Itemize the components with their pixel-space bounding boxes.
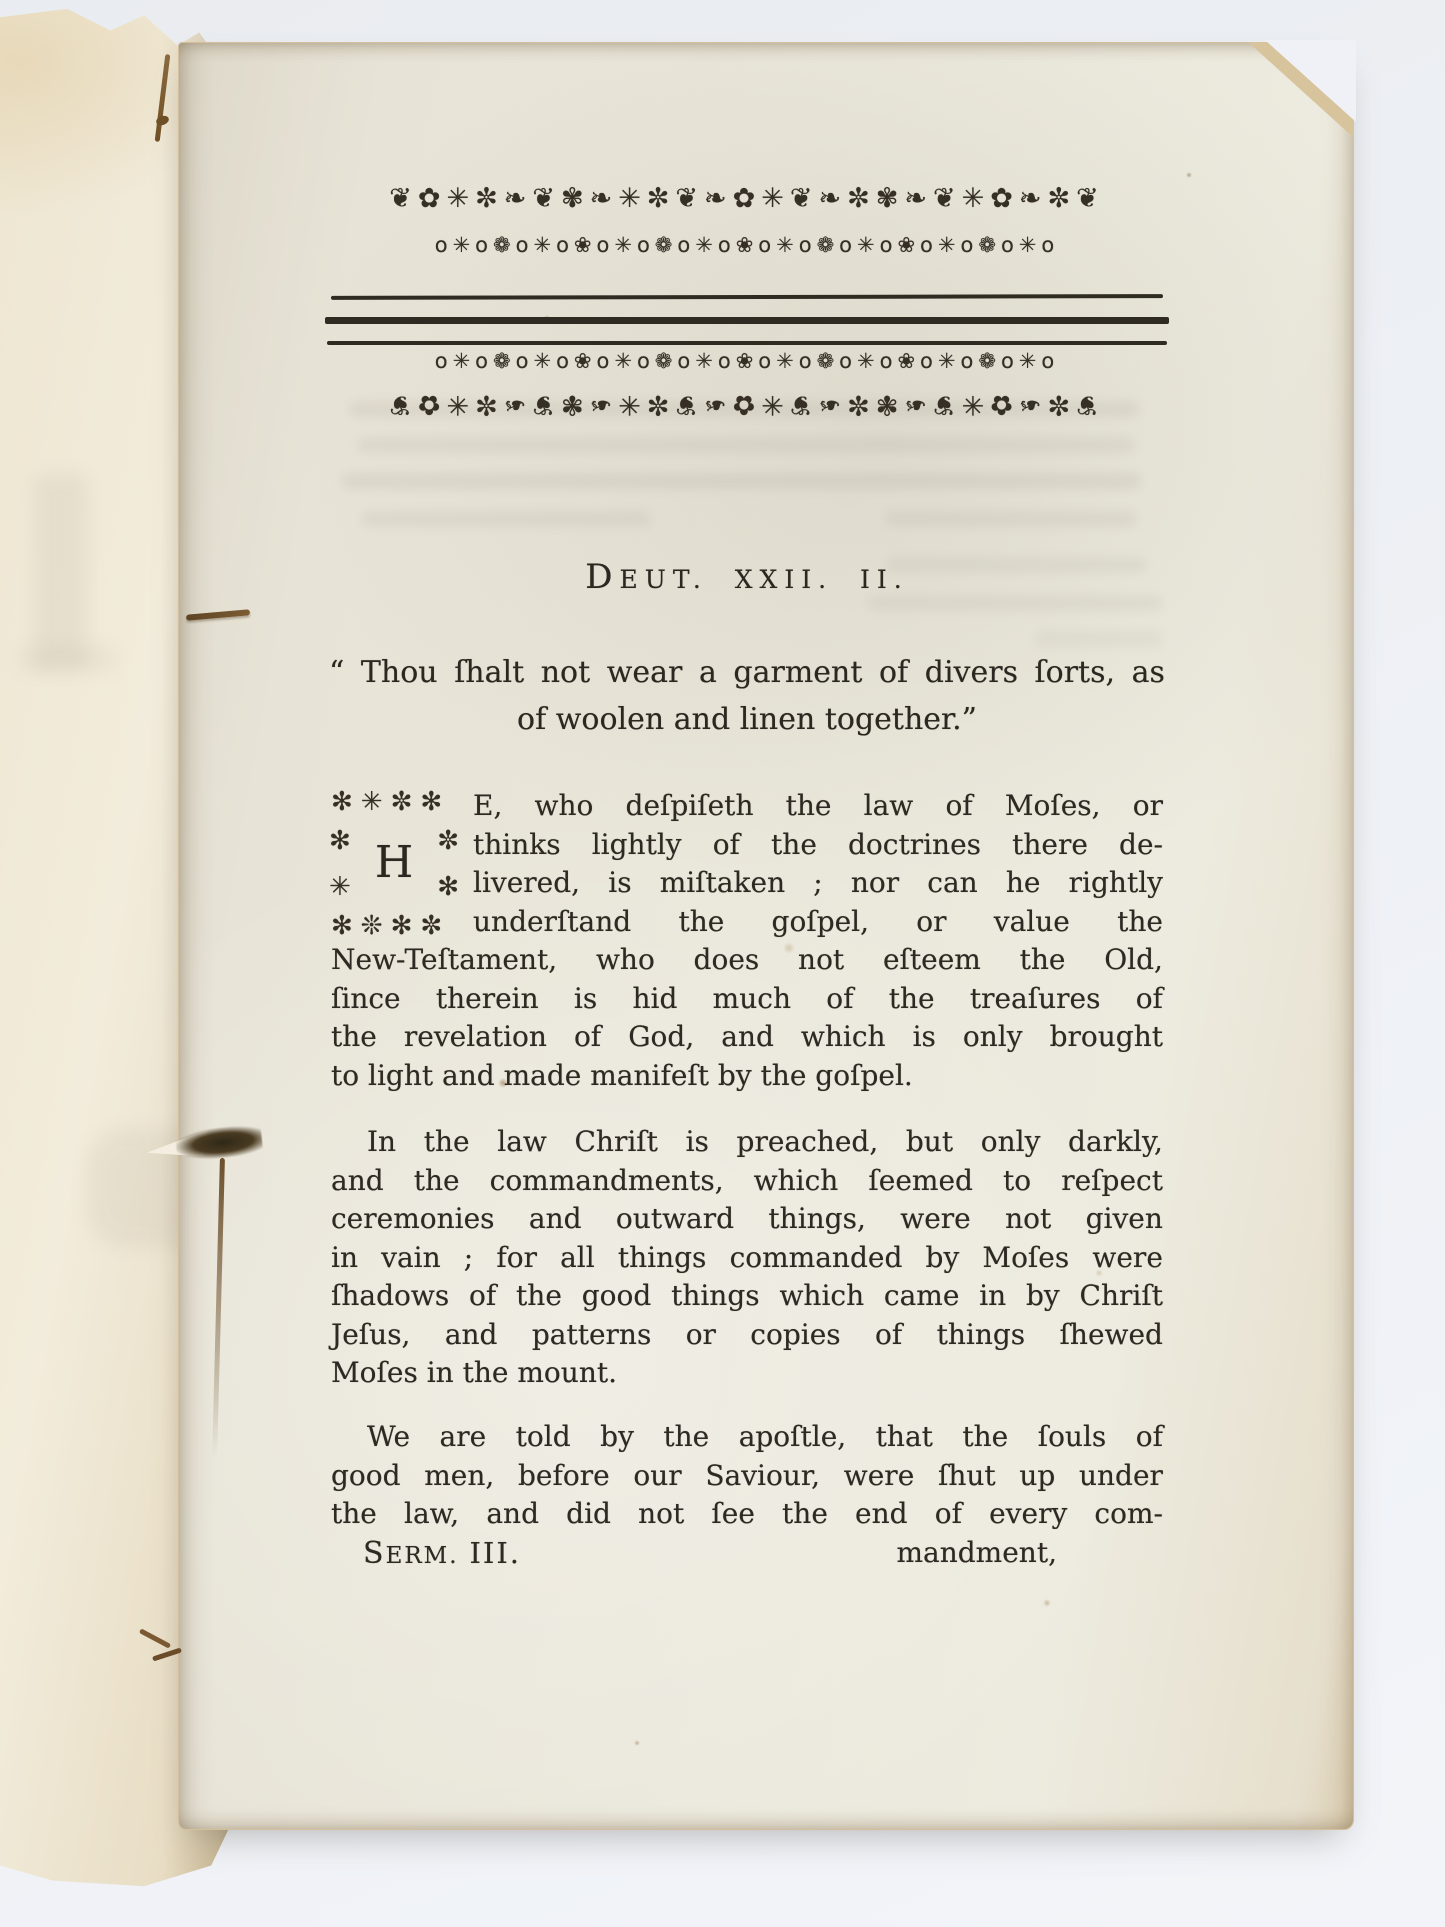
book-page: ❦✿✳✼❧❦✾❧✳✼❦❧✿✳❦❧✼✾❧❦✳✿❧✼❦ o✳o❁o✳o❀o✳o❁o✳…: [178, 42, 1354, 1830]
headpiece-fleuron-row-icon: ❦✿✳✼❧❦✾❧✳✼❦❧✿✳❦❧✼✾❧❦✳✿❧✼❦: [329, 185, 1165, 212]
text-line: Jeſus,andpatternsorcopiesofthingsſhewed: [331, 1318, 1163, 1357]
text-line: New-Teſtament,whodoesnoteſteemtheOld,: [331, 943, 1163, 982]
show-through-smudge: [34, 474, 88, 670]
epigraph-quote: “Thouſhaltnotwearagarmentofdiversſorts,a…: [329, 653, 1165, 747]
signature-mark: SERM. III.: [363, 1536, 521, 1573]
paragraph: Wearetoldbytheapoſtle,thattheſoulsofgood…: [331, 1420, 1163, 1536]
text-line: “Thouſhaltnotwearagarmentofdiversſorts,a…: [329, 653, 1165, 700]
text-line: ceremoniesandoutwardthings,werenotgiven: [331, 1202, 1163, 1241]
show-through-smudge: [20, 646, 116, 672]
text-line: underſtandthegoſpel,orvaluethe: [473, 905, 1163, 944]
text-line: Wearetoldbytheapoſtle,thattheſoulsof: [331, 1420, 1163, 1459]
text-line: livered,ismiſtaken;norcanherightly: [473, 866, 1163, 905]
text-line: andthecommandments,whichſeemedtoreſpect: [331, 1164, 1163, 1203]
text-line: InthelawChriſtispreached,butonlydarkly,: [331, 1125, 1163, 1164]
text-line: E,whodeſpiſeththelawofMoſes,or: [473, 789, 1163, 828]
heading-rest: EUT. XXII. II.: [620, 565, 909, 594]
signature-initial: S: [363, 1536, 386, 1571]
printed-text-block: ❦✿✳✼❧❦✾❧✳✼❦❧✿✳❦❧✼✾❧❦✳✿❧✼❦ o✳o❁o✳o❀o✳o❁o✳…: [179, 43, 1353, 1829]
headpiece-circlet-row-icon: o✳o❁o✳o❀o✳o❁o✳o❀o✳o❁o✳o❀o✳o❁o✳o: [329, 351, 1165, 372]
headpiece-rule: [327, 341, 1167, 345]
text-line: to light and made manifeſt by the goſpel…: [331, 1059, 1163, 1098]
text-line: thelaw,anddidnotſeetheendofeverycom-: [331, 1497, 1163, 1536]
photo-background: ❦✿✳✼❧❦✾❧✳✼❦❧✿✳❦❧✼✾❧❦✳✿❧✼❦ o✳o❁o✳o❀o✳o❁o✳…: [0, 0, 1445, 1927]
text-line: ſhadowsofthegoodthingswhichcameinbyChriſ…: [331, 1279, 1163, 1318]
headpiece-rule: [331, 294, 1163, 300]
signature-catchword-line: SERM. III. mandment,: [331, 1536, 1163, 1573]
text-line: invain;forallthingscommandedbyMoſeswere: [331, 1241, 1163, 1280]
text-line: Moſes in the mount.: [331, 1356, 1163, 1395]
headpiece-fleuron-row-icon: ❦✿✳✼❧❦✾❧✳✼❦❧✿✳❦❧✼✾❧❦✳✿❧✼❦: [329, 391, 1165, 418]
signature-rest: ERM.: [386, 1543, 459, 1569]
heading-initial: D: [585, 557, 619, 597]
headpiece-rule: [325, 317, 1169, 324]
text-line: thinkslightlyofthedoctrinestherede-: [473, 828, 1163, 867]
text-line: of woolen and linen together.”: [329, 700, 1165, 747]
paragraph: E,whodeſpiſeththelawofMoſes,orthinksligh…: [331, 789, 1163, 1097]
headpiece-circlet-row-icon: o✳o❁o✳o❀o✳o❁o✳o❀o✳o❁o✳o❀o✳o❁o✳o: [329, 235, 1165, 256]
signature-numeral: III.: [469, 1536, 521, 1570]
scripture-reference-heading: DEUT. XXII. II.: [329, 557, 1165, 597]
catchword: mandment,: [896, 1536, 1057, 1573]
text-line: ſincethereinishidmuchofthetreaſuresof: [331, 982, 1163, 1021]
paragraph: InthelawChriſtispreached,butonlydarkly,a…: [331, 1125, 1163, 1395]
text-line: goodmen,beforeourSaviour,wereſhutupunder: [331, 1459, 1163, 1498]
text-line: therevelationofGod,andwhichisonlybrought: [331, 1020, 1163, 1059]
